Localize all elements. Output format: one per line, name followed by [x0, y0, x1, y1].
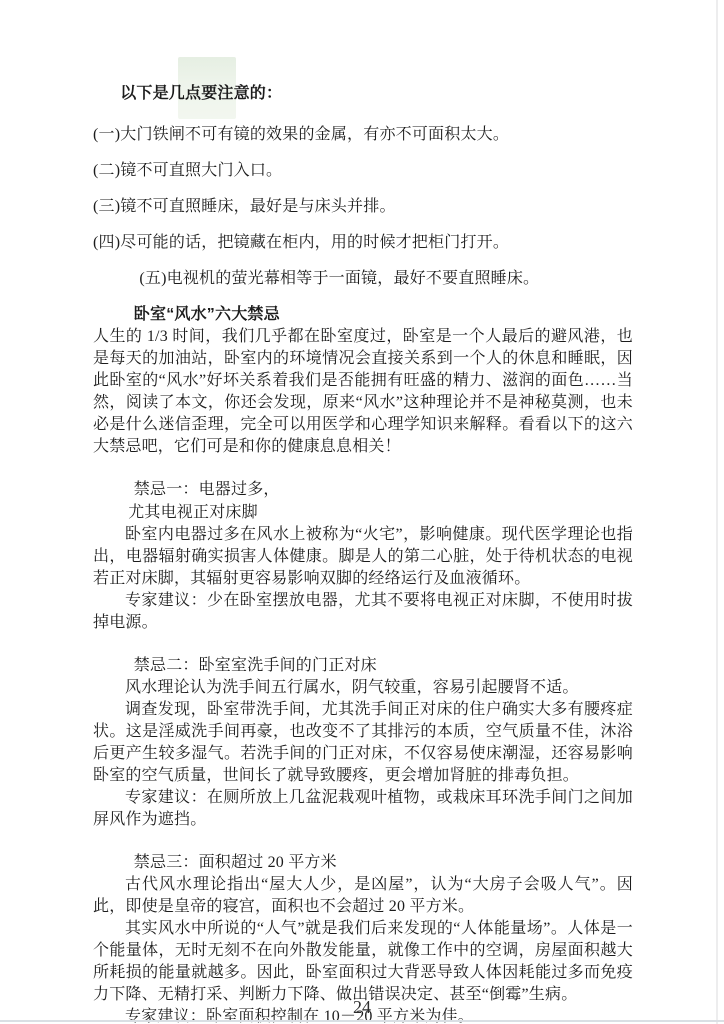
taboo2-heading: 禁忌二：卧室室洗手间的门正对床: [93, 655, 633, 677]
taboo2-paragraph-2: 调查发现，卧室带洗手间，尤其洗手间正对床的住户确实大多有腰疼症状。这是淫威洗手间…: [93, 699, 633, 787]
taboo1-advice: 专家建议：少在卧室摆放电器，尤其不要将电视正对床脚，不使用时拔掉电源。: [93, 590, 633, 634]
document-body: 以下是几点要注意的： (一)大门铁闸不可有镜的效果的金属，有亦不可面积太大。 (…: [93, 83, 633, 1024]
taboo3-heading: 禁忌三：面积超过 20 平方米: [93, 852, 633, 874]
taboo3-paragraph-2: 其实风水中所说的“人气”就是我们后来发现的“人体能量场”。人体是一个能量体，无时…: [93, 918, 633, 1006]
taboo2-advice: 专家建议：在厕所放上几盆泥栽观叶植物，或栽床耳环洗手间门之间加屏风作为遮挡。: [93, 787, 633, 831]
bedroom-section-heading: 卧室“风水”六大禁忌: [93, 304, 633, 326]
scanned-document-page: 以下是几点要注意的： (一)大门铁闸不可有镜的效果的金属，有亦不可面积太大。 (…: [0, 0, 724, 1024]
taboo3-paragraph-1: 古代风水理论指出“屋大人少，是凶屋”，认为“大房子会吸人气”。因此，即使是皇帝的…: [93, 874, 633, 918]
list-item-4: (四)尽可能的话，把镜藏在柜内，用的时候才把柜门打开。: [93, 232, 633, 254]
bedroom-intro-paragraph: 人生的 1/3 时间，我们几乎都在卧室度过，卧室是一个人最后的避风港，也是每天的…: [93, 326, 633, 458]
list-item-5: (五)电视机的萤光幕相等于一面镜，最好不要直照睡床。: [93, 268, 633, 290]
taboo2-paragraph-1: 风水理论认为洗手间五行属水，阴气较重，容易引起腰肾不适。: [93, 677, 633, 699]
scan-edge-bottom-line: [0, 1020, 724, 1022]
taboo1-heading-line1: 禁忌一：电器过多，: [93, 479, 633, 501]
list-item-2: (二)镜不可直照大门入口。: [93, 160, 633, 182]
taboo1-paragraph: 卧室内电器过多在风水上被称为“火宅”，影响健康。现代医学理论也指出，电器辐射确实…: [93, 524, 633, 590]
notice-heading: 以下是几点要注意的：: [93, 83, 633, 105]
list-item-1: (一)大门铁闸不可有镜的效果的金属，有亦不可面积太大。: [93, 124, 633, 146]
page-number: 24: [0, 997, 724, 1018]
taboo1-heading-line2: 尤其电视正对床脚: [93, 502, 633, 524]
scan-edge-right-line: [716, 0, 718, 1024]
list-item-3: (三)镜不可直照睡床，最好是与床头并排。: [93, 196, 633, 218]
